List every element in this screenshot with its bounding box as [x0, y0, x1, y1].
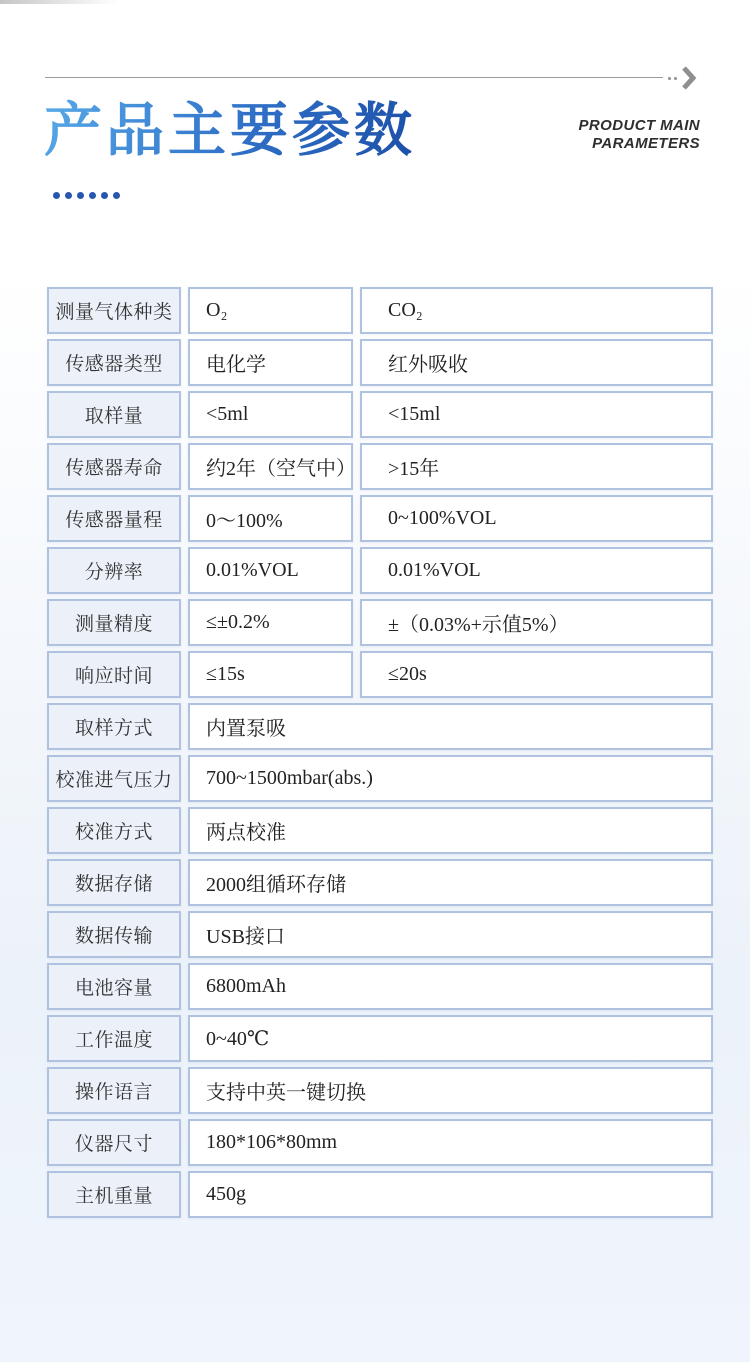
row-value-cell: 内置泵吸 [188, 703, 713, 750]
arrow-dot-icon [674, 77, 677, 80]
row-label-cell: 取样方式 [47, 703, 181, 750]
chevron-right-icon [668, 64, 710, 92]
row-label-cell: 工作温度 [47, 1015, 181, 1062]
chevron-glyph [680, 65, 697, 91]
title-dot [65, 192, 72, 199]
row-value-cell: 6800mAh [188, 963, 713, 1010]
row-value-cell: ±（0.03%+示值5%） [360, 599, 713, 646]
page-subtitle-line1: PRODUCT MAIN [579, 117, 700, 135]
row-value-cell: 约2年（空气中） [188, 443, 353, 490]
row-value-cell: 700~1500mbar(abs.) [188, 755, 713, 802]
table-row: 校准方式两点校准 [47, 807, 713, 854]
row-value-cell: 支持中英一键切换 [188, 1067, 713, 1114]
row-value-cell: CO₂ [360, 287, 713, 334]
row-label-cell: 响应时间 [47, 651, 181, 698]
title-dots [53, 192, 120, 199]
row-label-cell: 操作语言 [47, 1067, 181, 1114]
table-row: 取样方式内置泵吸 [47, 703, 713, 750]
row-value-cell: <15ml [360, 391, 713, 438]
row-label-cell: 测量气体种类 [47, 287, 181, 334]
row-value-cell: O₂ [188, 287, 353, 334]
row-label-cell: 测量精度 [47, 599, 181, 646]
product-parameters-page: 产品主要参数 PRODUCT MAIN PARAMETERS 测量气体种类O₂C… [0, 0, 750, 1362]
row-label-cell: 数据存储 [47, 859, 181, 906]
title-dot [53, 192, 60, 199]
row-label-cell: 校准进气压力 [47, 755, 181, 802]
table-row: 数据传输USB接口 [47, 911, 713, 958]
table-row: 主机重量450g [47, 1171, 713, 1218]
row-value-cell: ≤15s [188, 651, 353, 698]
header-divider-line [45, 77, 663, 78]
row-value-cell: 0～100% [188, 495, 353, 542]
row-value-cell: 2000组循环存储 [188, 859, 713, 906]
row-label-cell: 传感器寿命 [47, 443, 181, 490]
table-row: 传感器寿命约2年（空气中）>15年 [47, 443, 713, 490]
table-row: 传感器类型电化学红外吸收 [47, 339, 713, 386]
row-value-cell: >15年 [360, 443, 713, 490]
table-row: 校准进气压力700~1500mbar(abs.) [47, 755, 713, 802]
table-row: 分辨率0.01%VOL0.01%VOL [47, 547, 713, 594]
row-label-cell: 校准方式 [47, 807, 181, 854]
page-title: 产品主要参数 [44, 94, 416, 168]
row-value-cell: 0~40℃ [188, 1015, 713, 1062]
table-row: 响应时间≤15s≤20s [47, 651, 713, 698]
row-value-cell: 0.01%VOL [360, 547, 713, 594]
table-row: 工作温度0~40℃ [47, 1015, 713, 1062]
arrow-dot-icon [668, 77, 671, 80]
row-label-cell: 数据传输 [47, 911, 181, 958]
row-value-cell: 450g [188, 1171, 713, 1218]
title-dot [89, 192, 96, 199]
row-label-cell: 仪器尺寸 [47, 1119, 181, 1166]
table-row: 取样量<5ml<15ml [47, 391, 713, 438]
row-value-cell: ≤±0.2% [188, 599, 353, 646]
row-value-cell: ≤20s [360, 651, 713, 698]
spec-table: 测量气体种类O₂CO₂传感器类型电化学红外吸收取样量<5ml<15ml传感器寿命… [47, 287, 713, 1223]
row-value-cell: 0~100%VOL [360, 495, 713, 542]
row-value-cell: 两点校准 [188, 807, 713, 854]
table-row: 电池容量6800mAh [47, 963, 713, 1010]
row-label-cell: 电池容量 [47, 963, 181, 1010]
row-value-cell: 红外吸收 [360, 339, 713, 386]
row-value-cell: 180*106*80mm [188, 1119, 713, 1166]
table-row: 测量气体种类O₂CO₂ [47, 287, 713, 334]
title-dot [113, 192, 120, 199]
row-value-cell: 0.01%VOL [188, 547, 353, 594]
row-label-cell: 分辨率 [47, 547, 181, 594]
table-row: 操作语言支持中英一键切换 [47, 1067, 713, 1114]
row-label-cell: 传感器量程 [47, 495, 181, 542]
page-subtitle: PRODUCT MAIN PARAMETERS [579, 117, 700, 153]
table-row: 数据存储2000组循环存储 [47, 859, 713, 906]
row-value-cell: 电化学 [188, 339, 353, 386]
row-label-cell: 主机重量 [47, 1171, 181, 1218]
row-label-cell: 取样量 [47, 391, 181, 438]
table-row: 仪器尺寸180*106*80mm [47, 1119, 713, 1166]
title-dot [101, 192, 108, 199]
row-label-cell: 传感器类型 [47, 339, 181, 386]
page-subtitle-line2: PARAMETERS [579, 135, 700, 153]
top-edge-decor [0, 0, 118, 4]
row-value-cell: <5ml [188, 391, 353, 438]
table-row: 测量精度≤±0.2%±（0.03%+示值5%） [47, 599, 713, 646]
row-value-cell: USB接口 [188, 911, 713, 958]
title-dot [77, 192, 84, 199]
table-row: 传感器量程0～100%0~100%VOL [47, 495, 713, 542]
